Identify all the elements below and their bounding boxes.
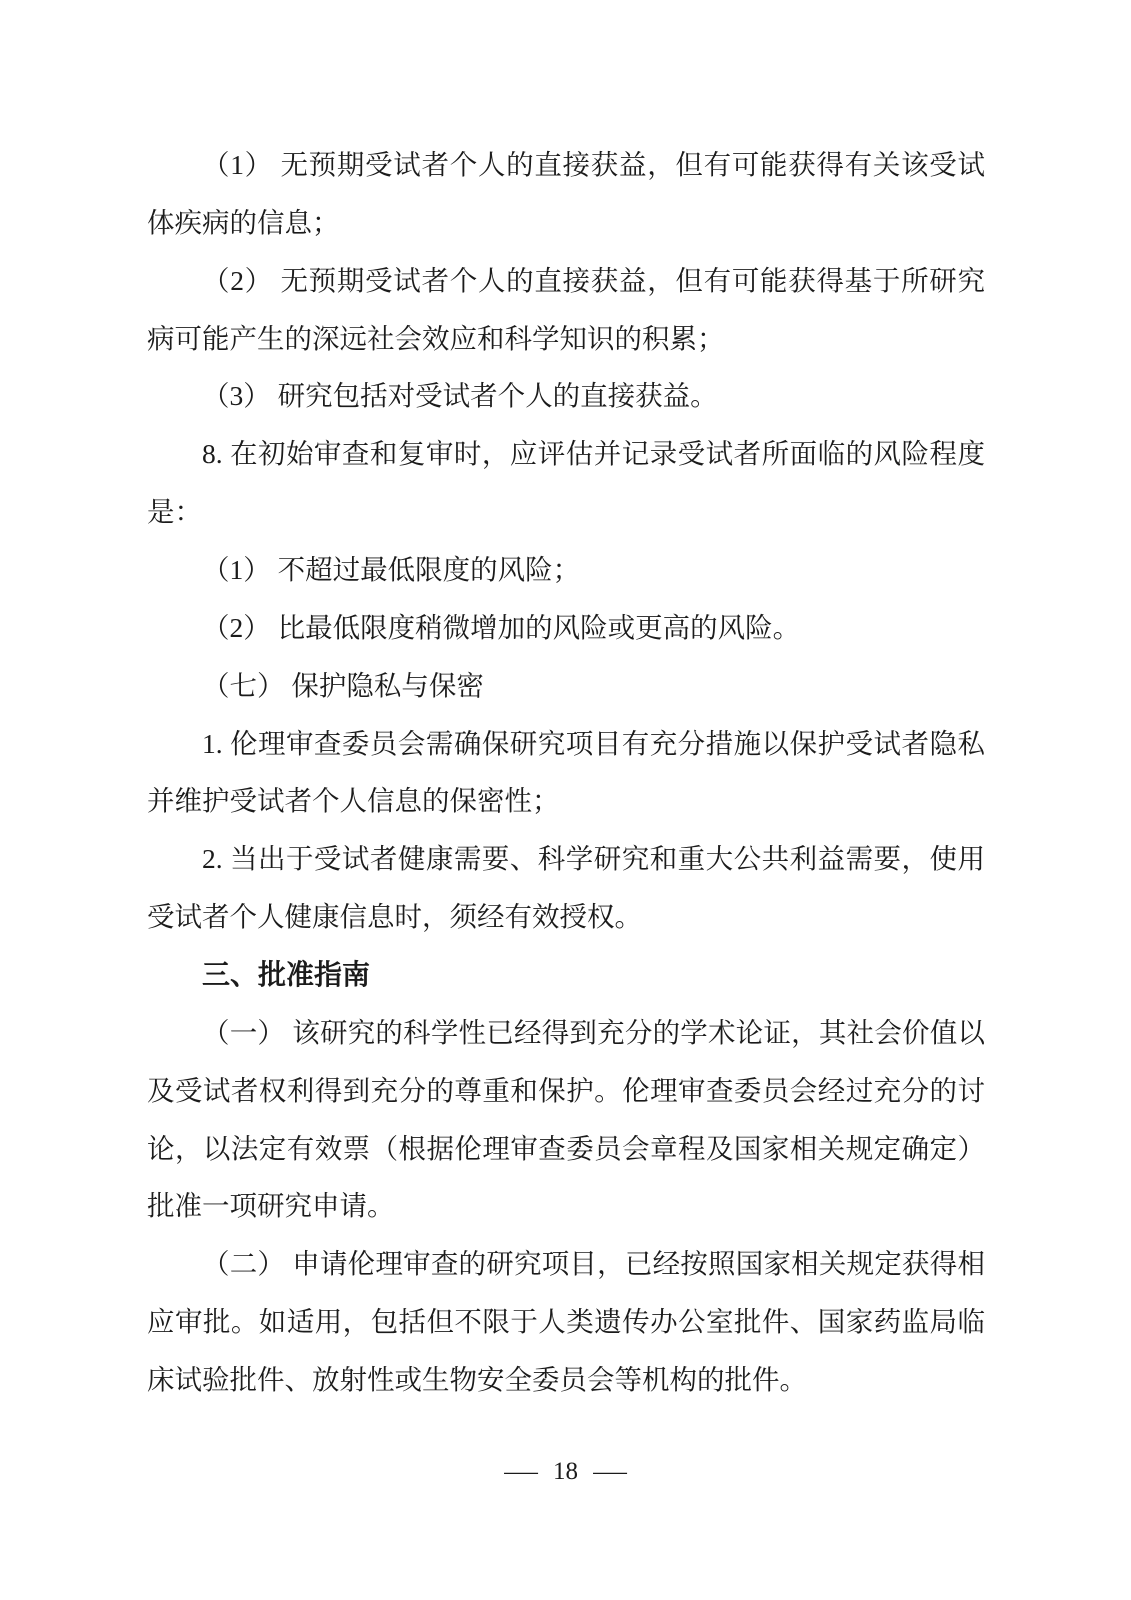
document-body: （1） 无预期受试者个人的直接获益，但有可能获得有关该受试群体疾病的信息；（2）… (147, 136, 985, 1409)
text-line: 2. 当出于受试者健康需要、科学研究和重大公共利益需要，使用 (147, 830, 985, 888)
text-line: （1） 不超过最低限度的风险； (147, 541, 985, 599)
page-footer: — 18 — (0, 1458, 1131, 1486)
text-line: 批准一项研究申请。 (147, 1177, 985, 1235)
text-line: （1） 无预期受试者个人的直接获益，但有可能获得有关该受试群 (147, 136, 985, 194)
footer-dash-right: — (593, 1459, 627, 1486)
text-line: 床试验批件、放射性或生物安全委员会等机构的批件。 (147, 1351, 985, 1409)
text-line: （一） 该研究的科学性已经得到充分的学术论证，其社会价值以 (147, 1004, 985, 1062)
text-line: 并维护受试者个人信息的保密性； (147, 772, 985, 830)
text-line: 及受试者权利得到充分的尊重和保护。伦理审查委员会经过充分的讨 (147, 1062, 985, 1120)
text-line: （2） 无预期受试者个人的直接获益，但有可能获得基于所研究疾 (147, 252, 985, 310)
text-line: 论，以法定有效票（根据伦理审查委员会章程及国家相关规定确定） (147, 1120, 985, 1178)
text-line: （七） 保护隐私与保密 (147, 657, 985, 715)
text-line: 受试者个人健康信息时，须经有效授权。 (147, 888, 985, 946)
page-number: 18 (553, 1458, 578, 1486)
text-line: （二） 申请伦理审查的研究项目，已经按照国家相关规定获得相 (147, 1235, 985, 1293)
text-line: 1. 伦理审查委员会需确保研究项目有充分措施以保护受试者隐私 (147, 715, 985, 773)
document-page: （1） 无预期受试者个人的直接获益，但有可能获得有关该受试群体疾病的信息；（2）… (0, 0, 1131, 1600)
text-line: 8. 在初始审查和复审时，应评估并记录受试者所面临的风险程度 (147, 425, 985, 483)
section-heading: 三、批准指南 (147, 946, 985, 1004)
text-line: （2） 比最低限度稍微增加的风险或更高的风险。 (147, 599, 985, 657)
text-line: 病可能产生的深远社会效应和科学知识的积累； (147, 310, 985, 368)
text-line: 应审批。如适用，包括但不限于人类遗传办公室批件、国家药监局临 (147, 1293, 985, 1351)
footer-dash-left: — (504, 1459, 538, 1486)
text-line: （3） 研究包括对受试者个人的直接获益。 (147, 367, 985, 425)
text-line: 是： (147, 483, 985, 541)
text-line: 体疾病的信息； (147, 194, 985, 252)
